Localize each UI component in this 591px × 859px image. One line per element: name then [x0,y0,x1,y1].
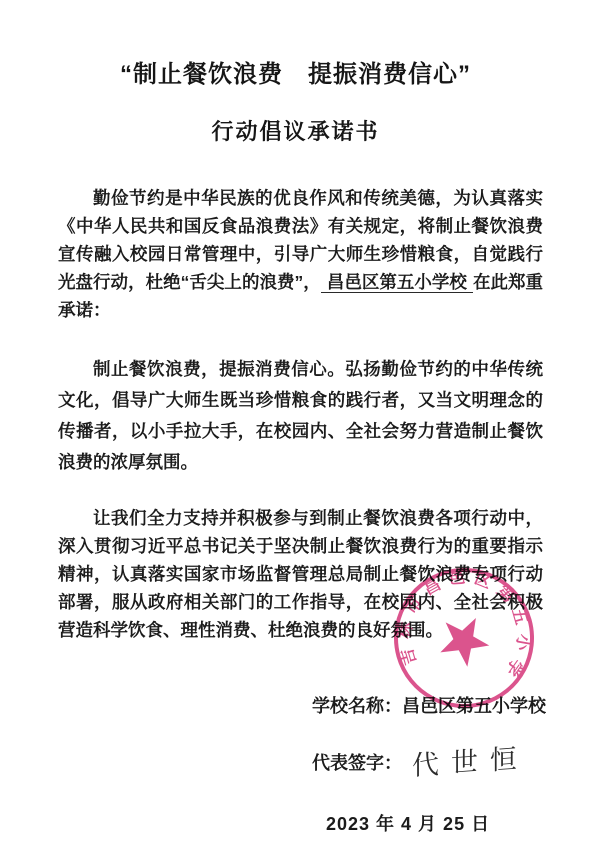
paragraph-3: 让我们全力支持并积极参与到制止餐饮浪费各项行动中，深入贯彻习近平总书记关于坚决制… [58,504,543,644]
paragraph-1: 勤俭节约是中华民族的优良作风和传统美德，为认真落实《中华人民共和国反食品浪费法》… [58,184,543,324]
school-name-label: 学校名称： [312,696,402,716]
document-title: “制止餐饮浪费 提振消费信心” [0,54,591,89]
school-name-underlined: 昌邑区第五小学校 [321,272,473,293]
school-name-value: 昌邑区第五小学校 [402,696,546,716]
signature-block: 学校名称：昌邑区第五小学校 代表签字：代世恒 2023 年 4 月 25 日 [0,692,591,836]
school-name-line: 学校名称：昌邑区第五小学校 [312,692,591,718]
document-page: “制止餐饮浪费 提振消费信心” 行动倡议承诺书 勤俭节约是中华民族的优良作风和传… [0,0,591,859]
paragraph-2: 制止餐饮浪费，提振消费信心。弘扬勤俭节约的中华传统文化，倡导广大师生既当珍惜粮食… [58,354,543,478]
document-body: 勤俭节约是中华民族的优良作风和传统美德，为认真落实《中华人民共和国反食品浪费法》… [58,184,543,644]
handwritten-signature: 代世恒 [412,736,529,783]
representative-signature-line: 代表签字：代世恒 [312,744,591,784]
document-subtitle: 行动倡议承诺书 [0,115,591,146]
representative-signature-label: 代表签字： [312,753,402,773]
date-line: 2023 年 4 月 25 日 [326,810,591,836]
